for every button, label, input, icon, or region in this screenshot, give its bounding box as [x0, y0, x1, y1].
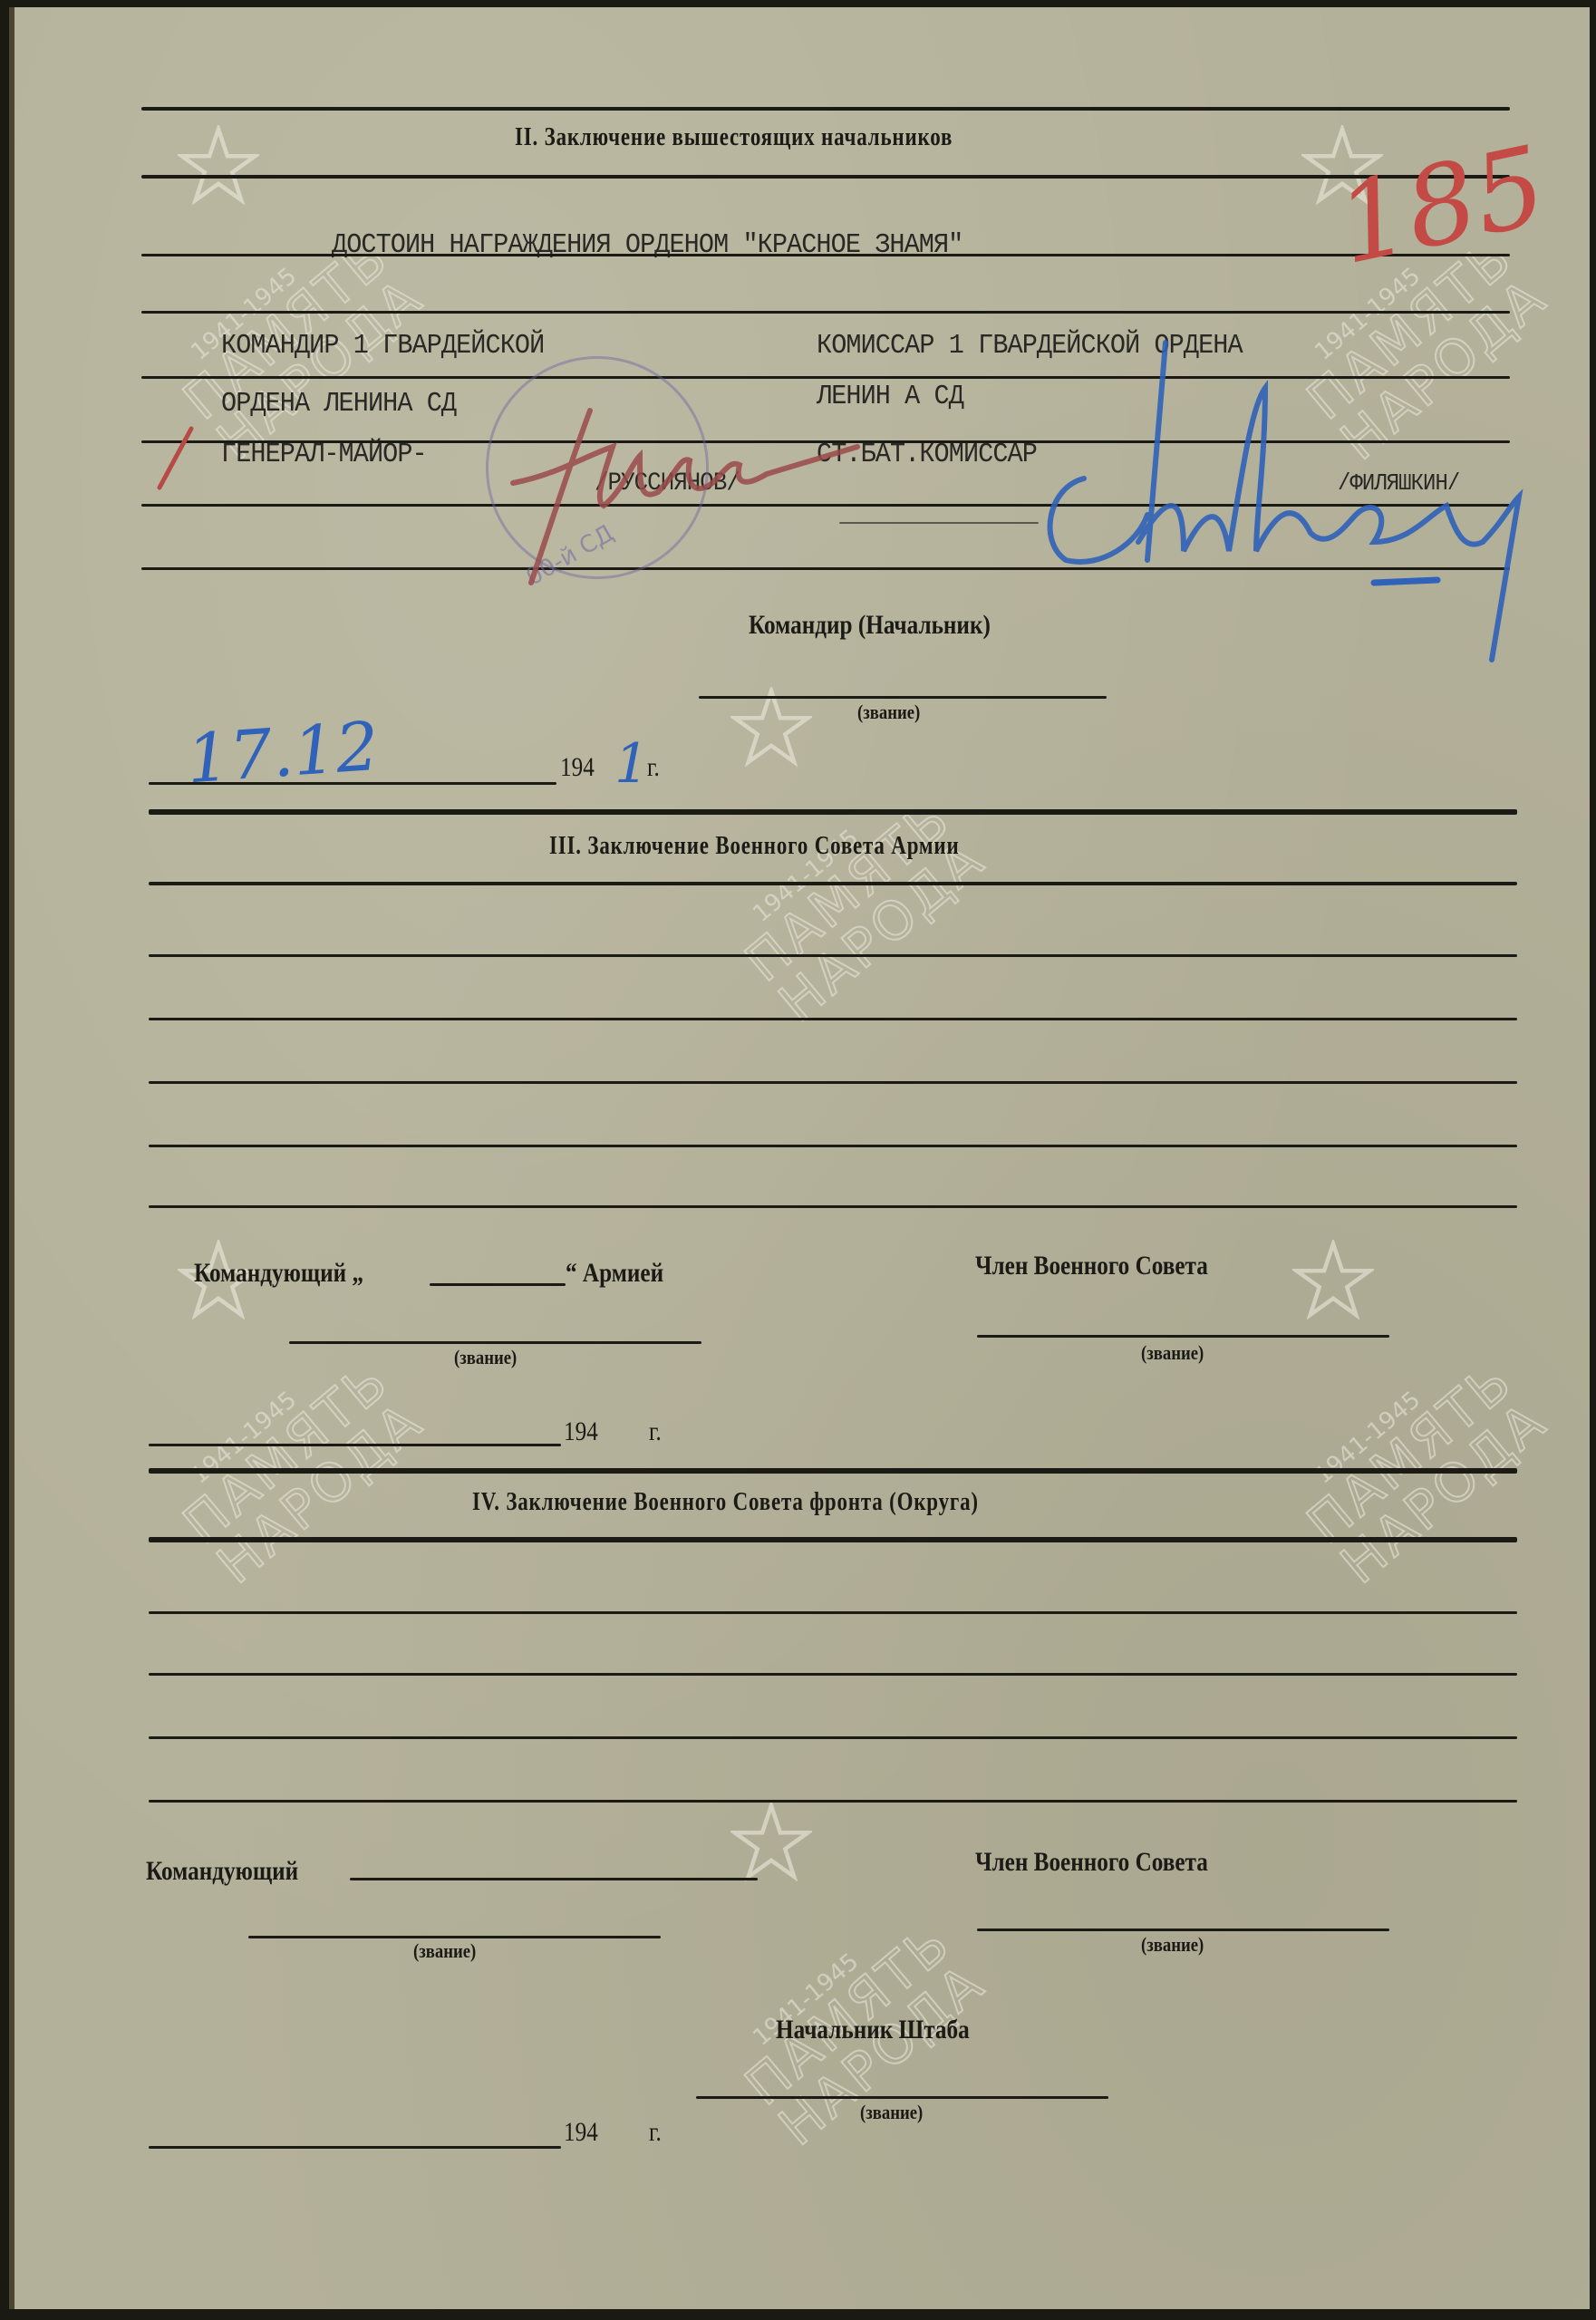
signature-line [977, 1335, 1389, 1338]
rule [149, 809, 1517, 815]
commissar-signature [1030, 333, 1537, 660]
rule [149, 1537, 1517, 1542]
watermark: 1941-1945ПАМЯТЬНАРОДА [160, 1335, 431, 1592]
date-year-suffix: г. [649, 2117, 662, 2148]
commander-unit-line1: КОМАНДИР 1 ГВАРДЕЙСКОЙ [221, 330, 544, 362]
watermark-star-icon [730, 1802, 812, 1883]
signature-line [350, 1878, 758, 1880]
date-year-suffix: г. [649, 1416, 662, 1447]
form-line [149, 954, 1517, 957]
form-line [149, 1205, 1517, 1208]
form-line [149, 1800, 1517, 1803]
signature-line [977, 1928, 1389, 1931]
commander-signature [504, 392, 866, 601]
red-pencil-mark [150, 424, 205, 497]
army-number-line [430, 1283, 566, 1286]
army-commander-label: Командующий „ [194, 1258, 363, 1289]
date-day-month: 17.12 [184, 708, 381, 799]
form-line [149, 1736, 1517, 1739]
signature-line [248, 1936, 661, 1938]
rank-caption: (звание) [860, 2101, 923, 2124]
watermark: 1941-1945ПАМЯТЬНАРОДА [1283, 1335, 1555, 1592]
rule [141, 311, 1510, 314]
form-line [149, 1081, 1517, 1084]
watermark-star-icon [178, 125, 259, 207]
section-2-heading: II. Заключение вышестоящих начальников [515, 123, 953, 152]
date-line [149, 2146, 561, 2149]
date-year-prefix: 194 [560, 752, 595, 783]
commander-unit-line2: ОРДЕНА ЛЕНИНА СД [221, 388, 456, 420]
rule [149, 882, 1517, 885]
council-member-label: Член Военного Совета [975, 1847, 1208, 1878]
date-line [149, 782, 556, 785]
signer-title: Командир (Начальник) [749, 610, 991, 641]
rule [141, 107, 1510, 111]
red-pencil-number: 185 [1327, 123, 1556, 290]
rank-caption: (звание) [857, 701, 920, 724]
rank-caption: (звание) [413, 1939, 476, 1963]
award-sheet-page: 1941-1945ПАМЯТЬНАРОДА 1941-1945ПАМЯТЬНАР… [9, 7, 1590, 2309]
rule [141, 175, 1510, 179]
date-line [149, 1444, 561, 1446]
date-year-digit: 1 [614, 732, 649, 796]
chief-of-staff-label: Начальник Штаба [776, 2015, 970, 2045]
rule [141, 254, 1510, 256]
watermark-star-icon [1292, 1240, 1374, 1321]
commander-rank: ГЕНЕРАЛ-МАЙОР- [221, 439, 427, 470]
form-line [149, 1611, 1517, 1614]
date-year-prefix: 194 [564, 1416, 598, 1447]
date-year-prefix: 194 [564, 2117, 598, 2148]
army-commander-label-post: “ Армией [566, 1258, 663, 1289]
section-3-heading: III. Заключение Военного Совета Армии [549, 832, 959, 861]
rule [839, 522, 1039, 524]
form-line [149, 1673, 1517, 1676]
watermark-star-icon [730, 687, 812, 768]
rank-caption: (звание) [1141, 1933, 1204, 1957]
form-line [149, 1018, 1517, 1020]
form-line [149, 1145, 1517, 1147]
rank-caption: (звание) [1141, 1341, 1204, 1365]
signature-line [696, 2096, 1108, 2099]
signature-line [289, 1341, 701, 1344]
council-member-label: Член Военного Совета [975, 1251, 1208, 1281]
front-commander-label: Командующий [146, 1856, 298, 1887]
section-4-heading: IV. Заключение Военного Совета фронта (О… [472, 1488, 979, 1517]
date-year-suffix: г. [647, 752, 660, 783]
rank-caption: (звание) [454, 1346, 517, 1369]
signature-line [699, 696, 1107, 699]
rule [149, 1468, 1517, 1474]
